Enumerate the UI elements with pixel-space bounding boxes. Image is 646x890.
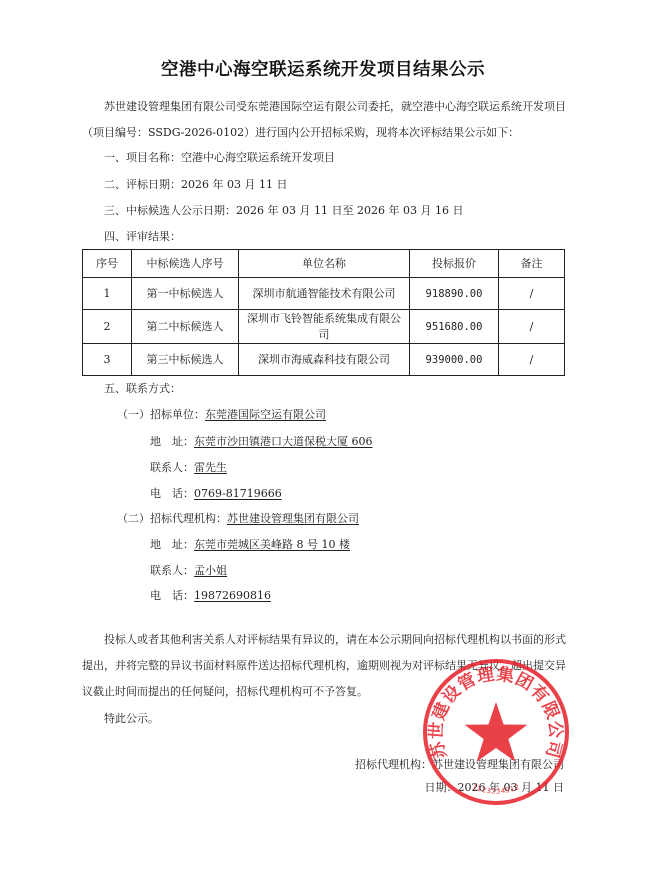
signature-date: 日期：2026 年 03 月 11 日: [425, 780, 564, 796]
header-candidate-rank: 中标候选人序号: [132, 250, 239, 278]
closing-statement: 特此公示。: [104, 711, 159, 727]
eval-date-line: 二、评标日期：2026 年 03 月 11 日: [104, 177, 287, 193]
header-company-name: 单位名称: [239, 250, 410, 278]
cell-remarks: /: [499, 344, 565, 376]
phone-label: 电 话：: [150, 589, 194, 602]
publicity-period-line: 三、中标候选人公示日期：2026 年 03 月 11 日至 2026 年 03 …: [104, 203, 463, 219]
table-row: 3 第三中标候选人 深圳市海威森科技有限公司 939000.00 /: [83, 344, 565, 376]
cell-bid-price: 951680.00: [410, 310, 499, 344]
contact-heading: 五、联系方式：: [104, 381, 181, 397]
cell-company-name: 深圳市海威森科技有限公司: [239, 344, 410, 376]
document-page: 空港中心海空联运系统开发项目结果公示 苏世建设管理集团有限公司受东莞港国际空运有…: [0, 0, 646, 890]
address-label: 地 址：: [150, 435, 194, 448]
header-index: 序号: [83, 250, 132, 278]
tenderer-name: 东莞港国际空运有限公司: [205, 408, 326, 421]
intro-paragraph: 苏世建设管理集团有限公司受东莞港国际空运有限公司委托，就空港中心海空联运系统开发…: [82, 94, 566, 146]
agency-address-line: 地 址：东莞市莞城区美峰路 8 号 10 楼: [150, 537, 350, 553]
signature-agency: 招标代理机构：苏世建设管理集团有限公司: [355, 757, 564, 773]
cell-index: 2: [83, 310, 132, 344]
tenderer-phone-line: 电 话：0769-81719666: [150, 486, 282, 502]
agency-phone-line: 电 话：19872690816: [150, 588, 271, 604]
cell-remarks: /: [499, 310, 565, 344]
contact-person-label: 联系人：: [150, 564, 194, 577]
results-table: 序号 中标候选人序号 单位名称 投标报价 备注 1 第一中标候选人 深圳市航通智…: [82, 249, 565, 376]
table-row: 1 第一中标候选人 深圳市航通智能技术有限公司 918890.00 /: [83, 278, 565, 310]
cell-index: 3: [83, 344, 132, 376]
cell-remarks: /: [499, 278, 565, 310]
cell-company-name: 深圳市飞铃智能系统集成有限公司: [239, 310, 410, 344]
contact-person-label: 联系人：: [150, 461, 194, 474]
project-name-line: 一、项目名称：空港中心海空联运系统开发项目: [104, 150, 335, 166]
agency-address: 东莞市莞城区美峰路 8 号 10 楼: [194, 538, 350, 551]
cell-candidate-rank: 第一中标候选人: [132, 278, 239, 310]
table-row: 2 第二中标候选人 深圳市飞铃智能系统集成有限公司 951680.00 /: [83, 310, 565, 344]
seal-star-icon: [465, 702, 528, 762]
table-header-row: 序号 中标候选人序号 单位名称 投标报价 备注: [83, 250, 565, 278]
cell-company-name: 深圳市航通智能技术有限公司: [239, 278, 410, 310]
tenderer-contact-person: 雷先生: [194, 461, 227, 474]
tenderer-address: 东莞市沙田镇港口大道保税大厦 606: [194, 435, 373, 448]
agency-contact-line: 联系人：孟小姐: [150, 563, 227, 579]
page-title: 空港中心海空联运系统开发项目结果公示: [0, 56, 646, 81]
phone-label: 电 话：: [150, 487, 194, 500]
tenderer-label: （一）招标单位：: [117, 408, 205, 421]
header-remarks: 备注: [499, 250, 565, 278]
agency-label: （二）招标代理机构：: [117, 512, 227, 525]
cell-index: 1: [83, 278, 132, 310]
cell-bid-price: 939000.00: [410, 344, 499, 376]
tenderer-address-line: 地 址：东莞市沙田镇港口大道保税大厦 606: [150, 434, 373, 450]
tenderer-phone: 0769-81719666: [194, 487, 282, 500]
results-heading: 四、评审结果：: [104, 229, 181, 245]
header-bid-price: 投标报价: [410, 250, 499, 278]
agency-name: 苏世建设管理集团有限公司: [227, 512, 359, 525]
tenderer-line: （一）招标单位：东莞港国际空运有限公司: [117, 407, 326, 423]
objection-notice: 投标人或者其他利害关系人对评标结果有异议的，请在本公示期间向招标代理机构以书面的…: [82, 627, 566, 705]
tenderer-contact-line: 联系人：雷先生: [150, 460, 227, 476]
agency-contact-person: 孟小姐: [194, 564, 227, 577]
agency-line: （二）招标代理机构：苏世建设管理集团有限公司: [117, 511, 359, 527]
address-label: 地 址：: [150, 538, 194, 551]
cell-candidate-rank: 第二中标候选人: [132, 310, 239, 344]
cell-candidate-rank: 第三中标候选人: [132, 344, 239, 376]
agency-phone: 19872690816: [194, 589, 271, 602]
cell-bid-price: 918890.00: [410, 278, 499, 310]
